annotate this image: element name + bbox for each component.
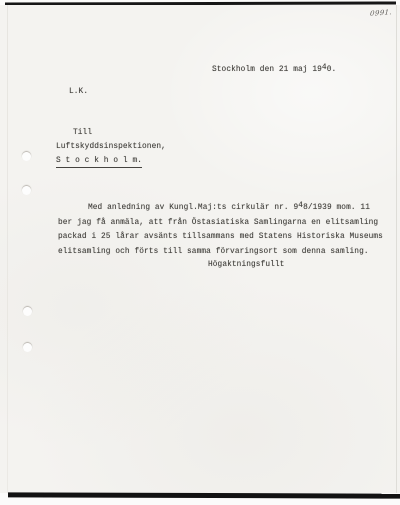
scanner-bottom-bar <box>8 492 400 498</box>
punch-hole <box>22 186 31 195</box>
closing-valediction: Högaktningsfullt <box>208 261 284 270</box>
handwritten-archive-number: 0991. <box>370 8 393 18</box>
date-raised-digit: 4 <box>322 64 327 72</box>
punch-hole <box>23 307 32 316</box>
recipient-salutation: Till <box>73 129 92 138</box>
body-line-1: Med anledning av Kungl.Maj:ts cirkulär n… <box>58 201 388 216</box>
scanned-letter: 0991. Stockholm den 21 maj 1940. L.K. Ti… <box>0 0 400 505</box>
reference-initials: L.K. <box>69 88 88 97</box>
body-line-1-raised-digit: 4 <box>298 202 303 210</box>
recipient-organization: Luftskyddsinspektionen, <box>56 143 166 152</box>
body-paragraph: Med anledning av Kungl.Maj:ts cirkulär n… <box>58 201 388 259</box>
body-line-4: elitsamling och förts till samma förvari… <box>58 245 388 260</box>
paper-right-edge <box>396 5 397 493</box>
punch-hole <box>22 152 31 161</box>
paper-left-edge <box>7 5 8 493</box>
body-line-1-post: 8/1939 mom. 11 <box>303 204 370 212</box>
paper-sheet: 0991. Stockholm den 21 maj 1940. L.K. Ti… <box>0 5 400 493</box>
body-line-3: packad i 25 lårar avsänts tillsammans me… <box>58 230 388 245</box>
date-text-pre: Stockholm den 21 maj 19 <box>212 66 322 74</box>
body-line-2: ber jag få anmäla, att från Östasiatiska… <box>58 216 388 231</box>
body-line-1-pre: Med anledning av Kungl.Maj:ts cirkulär n… <box>88 204 298 212</box>
punch-hole <box>23 343 32 352</box>
date-line: Stockholm den 21 maj 1940. <box>212 66 336 75</box>
recipient-city-underlined: S t o c k h o l m. <box>56 157 142 168</box>
date-text-post: 0. <box>327 66 337 74</box>
